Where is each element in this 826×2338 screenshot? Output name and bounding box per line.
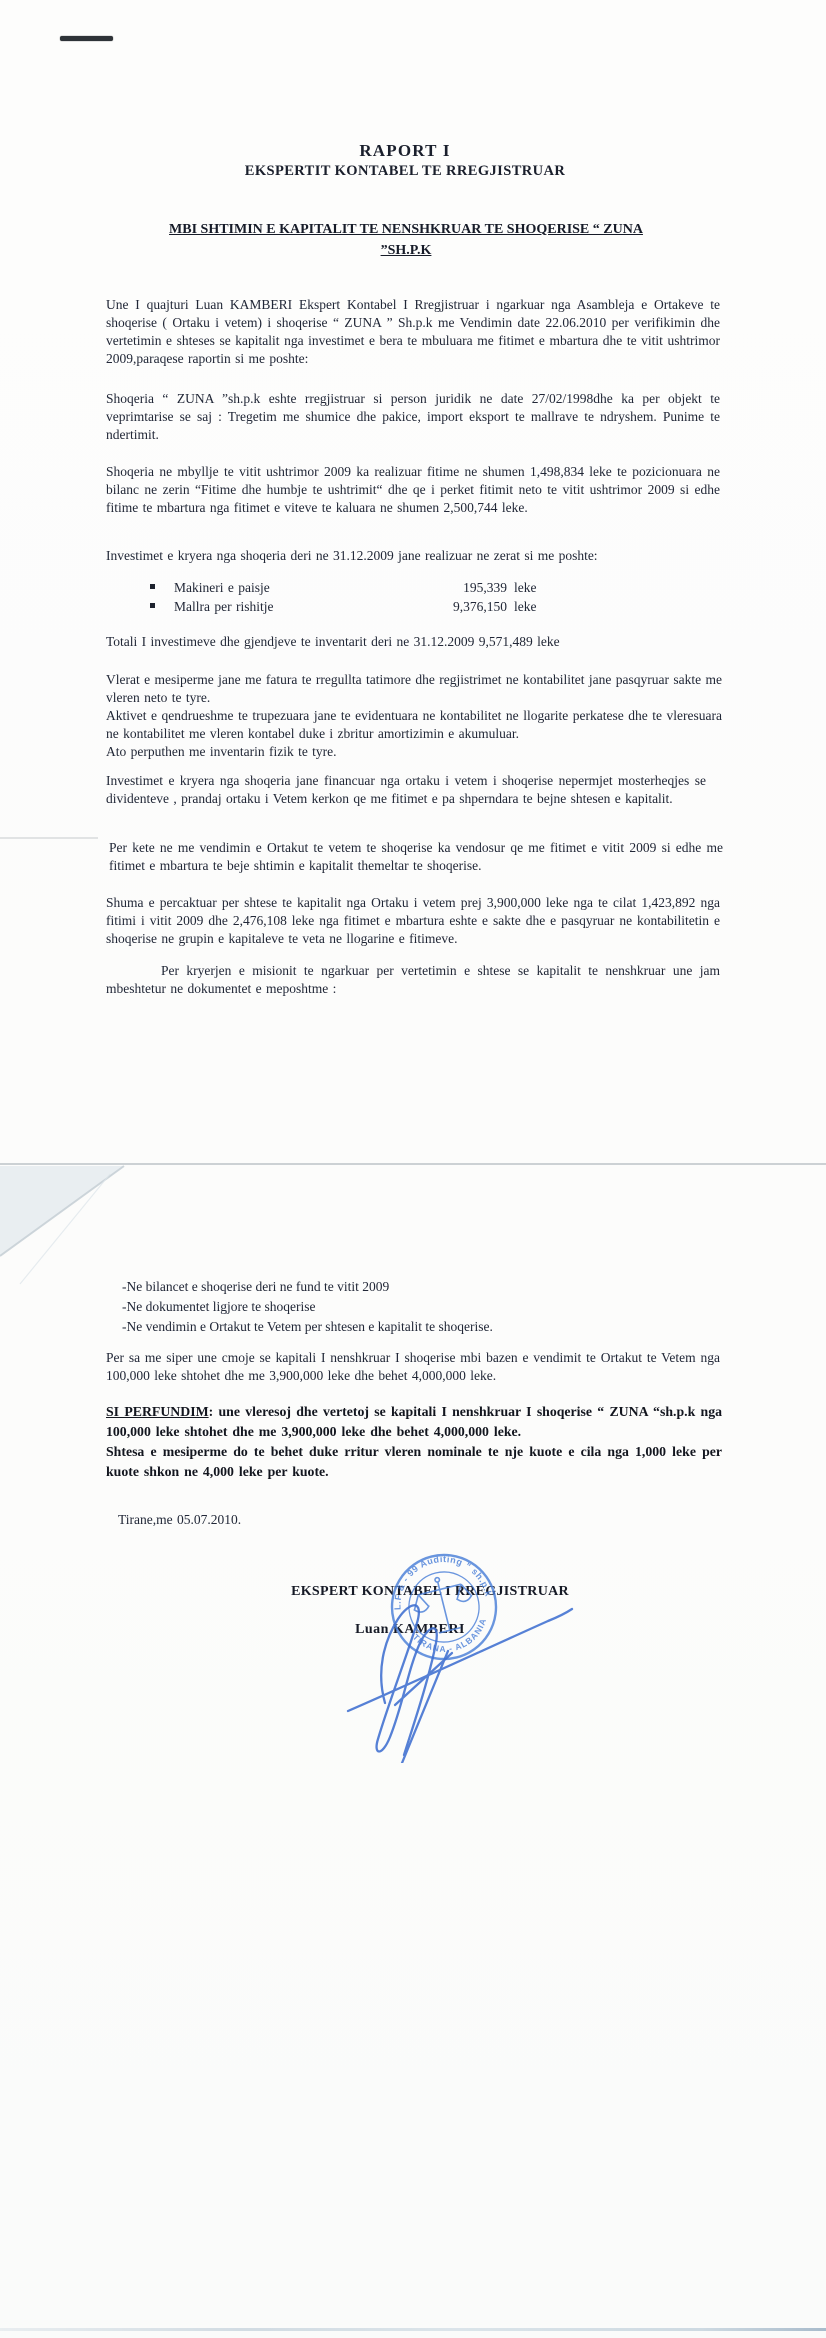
scanned-report-page: RAPORT I EKSPERTIT KONTABEL TE RREGJISTR… xyxy=(0,0,826,2338)
conclusion-paragraph: SI PERFUNDIM: une vleresoj dhe vertetoj … xyxy=(106,1402,722,1482)
paragraph-amount: Shuma e percaktuar per shtese te kapital… xyxy=(106,894,720,948)
paragraph-financing: Investimet e kryera nga shoqeria jane fi… xyxy=(106,772,706,808)
stamp-and-signature: “ L.F & - 99 Auditing ” sh.p.k TIRANA - … xyxy=(290,1543,590,1763)
date-line: Tirane,me 05.07.2010. xyxy=(118,1511,418,1529)
document-heading: MBI SHTIMIN E KAPITALIT TE NENSHKRUAR TE… xyxy=(0,219,812,261)
values-sentence-3: Ato perputhen me inventarin fizik te tyr… xyxy=(106,743,722,761)
paragraph-decision: Per kete ne me vendimin e Ortakut te vet… xyxy=(109,839,723,875)
paragraph-profit: Shoqeria ne mbyllje te vitit ushtrimor 2… xyxy=(106,463,720,517)
conclusion-label: SI PERFUNDIM xyxy=(106,1404,209,1419)
paragraph-capital: Per sa me siper une cmoje se kapitali I … xyxy=(106,1349,720,1385)
investments-total: Totali I investimeve dhe gjendjeve te in… xyxy=(106,633,746,651)
paragraph-investments-intro: Investimet e kryera nga shoqeria deri ne… xyxy=(106,547,726,565)
heading-line-1: MBI SHTIMIN E KAPITALIT TE NENSHKRUAR TE… xyxy=(0,219,812,240)
paragraph-mission: Per kryerjen e misionit te ngarkuar per … xyxy=(106,962,720,998)
investment-unit: leke xyxy=(514,579,537,597)
paragraph-values: Vlerat e mesiperme jane me fatura te rre… xyxy=(106,671,722,761)
list-item: Mallra per rishitje 9,376,150 leke xyxy=(150,598,630,616)
staple-mark-artifact xyxy=(60,36,113,41)
report-title: RAPORT I xyxy=(0,141,810,161)
values-sentence-2: Aktivet e qendrueshme te trupezuara jane… xyxy=(106,707,722,743)
signature-title: EKSPERT KONTABEL I RREGJISTRUAR xyxy=(40,1584,820,1600)
list-item: Makineri e paisje 195,339 leke xyxy=(150,579,630,597)
square-bullet-icon xyxy=(150,603,155,608)
paragraph-company: Shoqeria “ ZUNA ”sh.p.k eshte rregjistru… xyxy=(106,390,720,444)
paragraph-intro: Une I quajturi Luan KAMBERI Ekspert Kont… xyxy=(106,296,720,368)
values-sentence-1: Vlerat e mesiperme jane me fatura te rre… xyxy=(106,671,722,707)
bottom-scan-edge-artifact xyxy=(0,2328,826,2331)
conclusion-text-2: Shtesa e mesiperme do te behet duke rrit… xyxy=(106,1442,722,1482)
investment-label: Makineri e paisje xyxy=(174,579,394,597)
investment-amount: 195,339 xyxy=(394,579,507,597)
square-bullet-icon xyxy=(150,584,155,589)
document-item: -Ne dokumentet ligjore te shoqerise xyxy=(122,1297,682,1317)
investment-list: Makineri e paisje 195,339 leke Mallra pe… xyxy=(150,579,630,616)
signature-name: Luan KAMBERI xyxy=(20,1622,800,1638)
round-stamp: “ L.F & - 99 Auditing ” sh.p.k TIRANA - … xyxy=(290,1543,507,1695)
report-subtitle: EKSPERTIT KONTABEL TE RREGJISTRUAR xyxy=(0,163,810,180)
document-item: -Ne bilancet e shoqerise deri ne fund te… xyxy=(122,1277,682,1297)
investment-label: Mallra per rishitje xyxy=(174,598,394,616)
documents-list: -Ne bilancet e shoqerise deri ne fund te… xyxy=(122,1277,682,1337)
scan-edge-artifact xyxy=(0,837,98,839)
investment-amount: 9,376,150 xyxy=(394,598,507,616)
heading-line-2: ”SH.P.K xyxy=(0,240,812,261)
page-seam-artifact xyxy=(0,1163,826,1165)
document-item: -Ne vendimin e Ortakut te Vetem per shte… xyxy=(122,1317,682,1337)
investment-unit: leke xyxy=(514,598,537,616)
